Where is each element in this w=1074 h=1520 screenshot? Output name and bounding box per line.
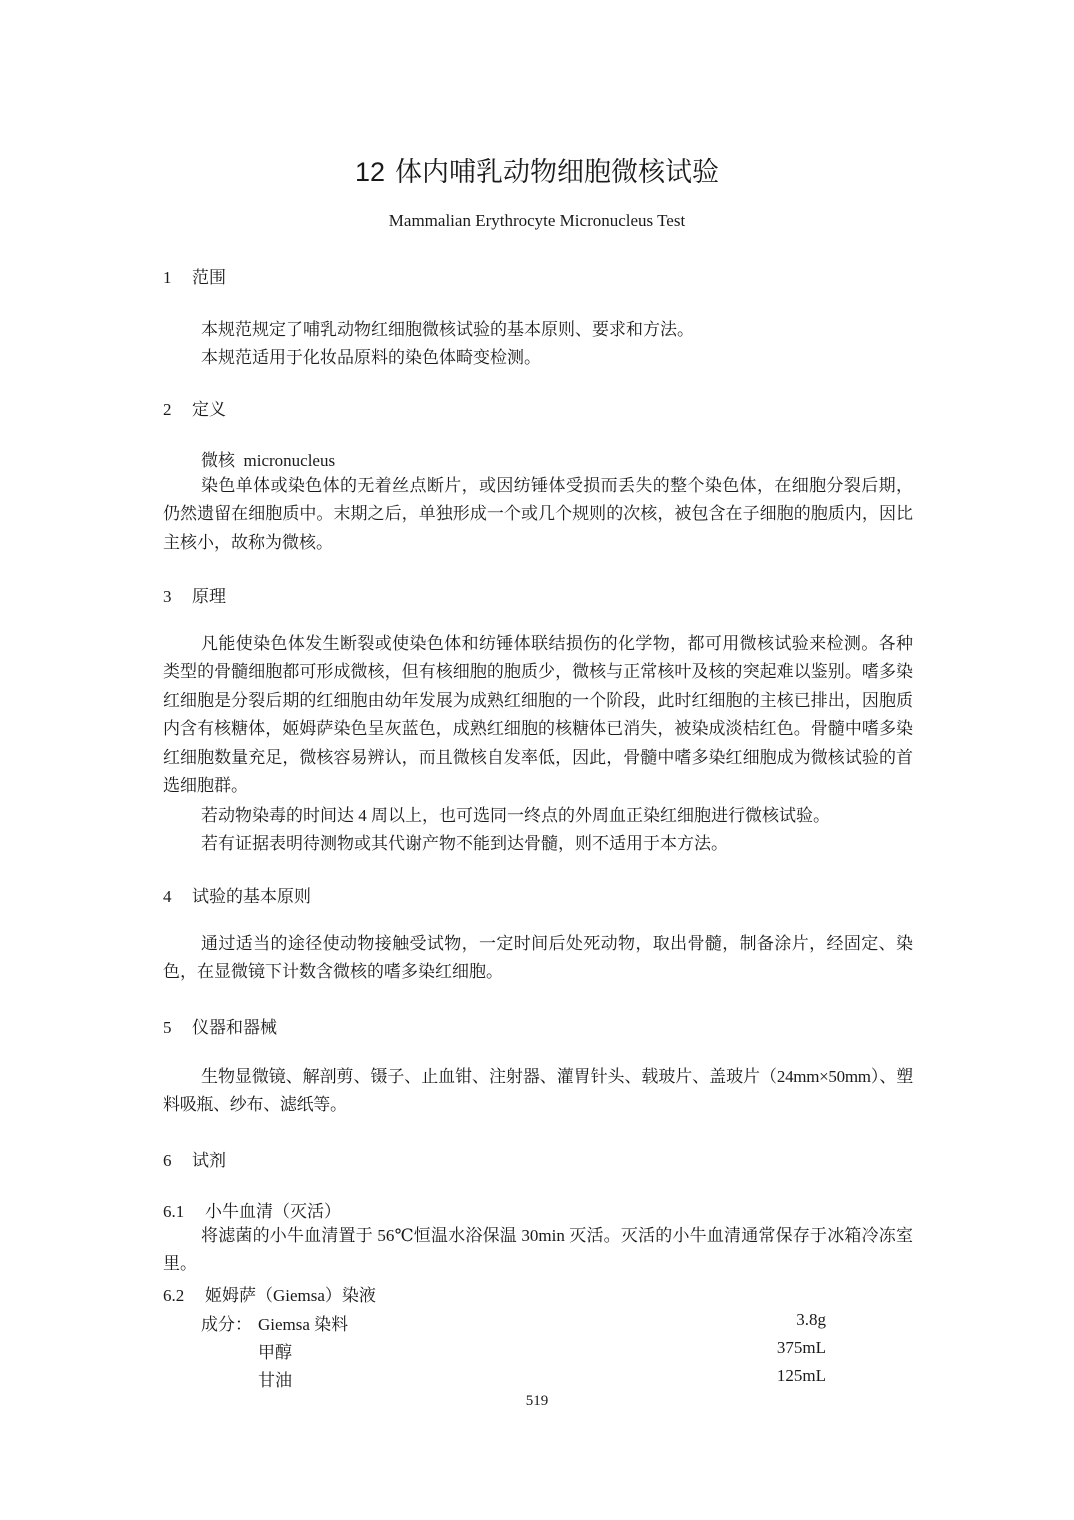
principle-paragraph-3: 若有证据表明待测物或其代谢产物不能到达骨髓，则不适用于本方法。 xyxy=(201,829,728,854)
section-number: 4 xyxy=(163,887,192,907)
ingredient-amount: 3.8g xyxy=(706,1310,826,1330)
section-4-heading: 4试验的基本原则 xyxy=(163,882,311,907)
section-number: 5 xyxy=(163,1018,192,1038)
equipment-paragraph: 生物显微镜、解剖剪、镊子、止血钳、注射器、灌胃针头、载玻片、盖玻片（24mm×5… xyxy=(163,1063,913,1120)
title-number: 12 xyxy=(355,157,385,187)
section-title: 试验的基本原则 xyxy=(192,887,311,907)
title-text: 体内哺乳动物细胞微核试验 xyxy=(395,157,719,188)
section-number: 2 xyxy=(163,400,192,420)
ingredients-label: 成分： xyxy=(201,1310,252,1335)
section-title: 范围 xyxy=(192,268,226,288)
ingredient-amount: 375mL xyxy=(706,1338,826,1358)
subsection-number: 6.1 xyxy=(163,1202,205,1222)
subsection-6-1-heading: 6.1小牛血清（灭活） xyxy=(163,1197,341,1222)
section-number: 6 xyxy=(163,1151,192,1171)
section-title: 原理 xyxy=(192,587,226,607)
section-title: 试剂 xyxy=(192,1151,226,1171)
section-title: 仪器和器械 xyxy=(192,1018,277,1038)
document-page: 12体内哺乳动物细胞微核试验 Mammalian Erythrocyte Mic… xyxy=(0,0,1074,1520)
principle-paragraph-1: 凡能使染色体发生断裂或使染色体和纺锤体联结损伤的化学物，都可用微核试验来检测。各… xyxy=(163,630,913,800)
section-number: 1 xyxy=(163,268,192,288)
definition-term: 微核 micronucleus xyxy=(201,446,335,471)
document-subtitle: Mammalian Erythrocyte Micronucleus Test xyxy=(0,211,1074,231)
subsection-title: 小牛血清（灭活） xyxy=(205,1202,341,1221)
definition-text: 染色单体或染色体的无着丝点断片，或因纺锤体受损而丢失的整个染色体，在细胞分裂后期… xyxy=(163,472,913,557)
principle-paragraph-2: 若动物染毒的时间达 4 周以上，也可选同一终点的外周血正染红细胞进行微核试验。 xyxy=(201,801,830,826)
ingredient-amount: 125mL xyxy=(706,1366,826,1386)
section-3-heading: 3原理 xyxy=(163,582,226,607)
ingredient-name: 甘油 xyxy=(258,1366,292,1391)
section-5-heading: 5仪器和器械 xyxy=(163,1013,277,1038)
calf-serum-paragraph: 将滤菌的小牛血清置于 56℃恒温水浴保温 30min 灭活。灭活的小牛血清通常保… xyxy=(163,1222,913,1279)
section-1-line-1: 本规范规定了哺乳动物红细胞微核试验的基本原则、要求和方法。 xyxy=(201,315,694,340)
subsection-title: 姬姆萨（Giemsa）染液 xyxy=(205,1286,376,1305)
basic-principle-paragraph: 通过适当的途径使动物接触受试物，一定时间后处死动物，取出骨髓，制备涂片，经固定、… xyxy=(163,930,913,987)
section-2-heading: 2定义 xyxy=(163,395,226,420)
section-6-heading: 6试剂 xyxy=(163,1146,226,1171)
subsection-6-2-heading: 6.2姬姆萨（Giemsa）染液 xyxy=(163,1281,376,1306)
section-1-line-2: 本规范适用于化妆品原料的染色体畸变检测。 xyxy=(201,343,541,368)
page-number: 519 xyxy=(0,1393,1074,1410)
subsection-number: 6.2 xyxy=(163,1286,205,1306)
ingredient-name: Giemsa 染料 xyxy=(258,1310,348,1335)
document-title: 12体内哺乳动物细胞微核试验 xyxy=(0,150,1074,189)
ingredient-name: 甲醇 xyxy=(258,1338,292,1363)
section-number: 3 xyxy=(163,587,192,607)
section-title: 定义 xyxy=(192,400,226,420)
section-1-heading: 1范围 xyxy=(163,263,226,288)
